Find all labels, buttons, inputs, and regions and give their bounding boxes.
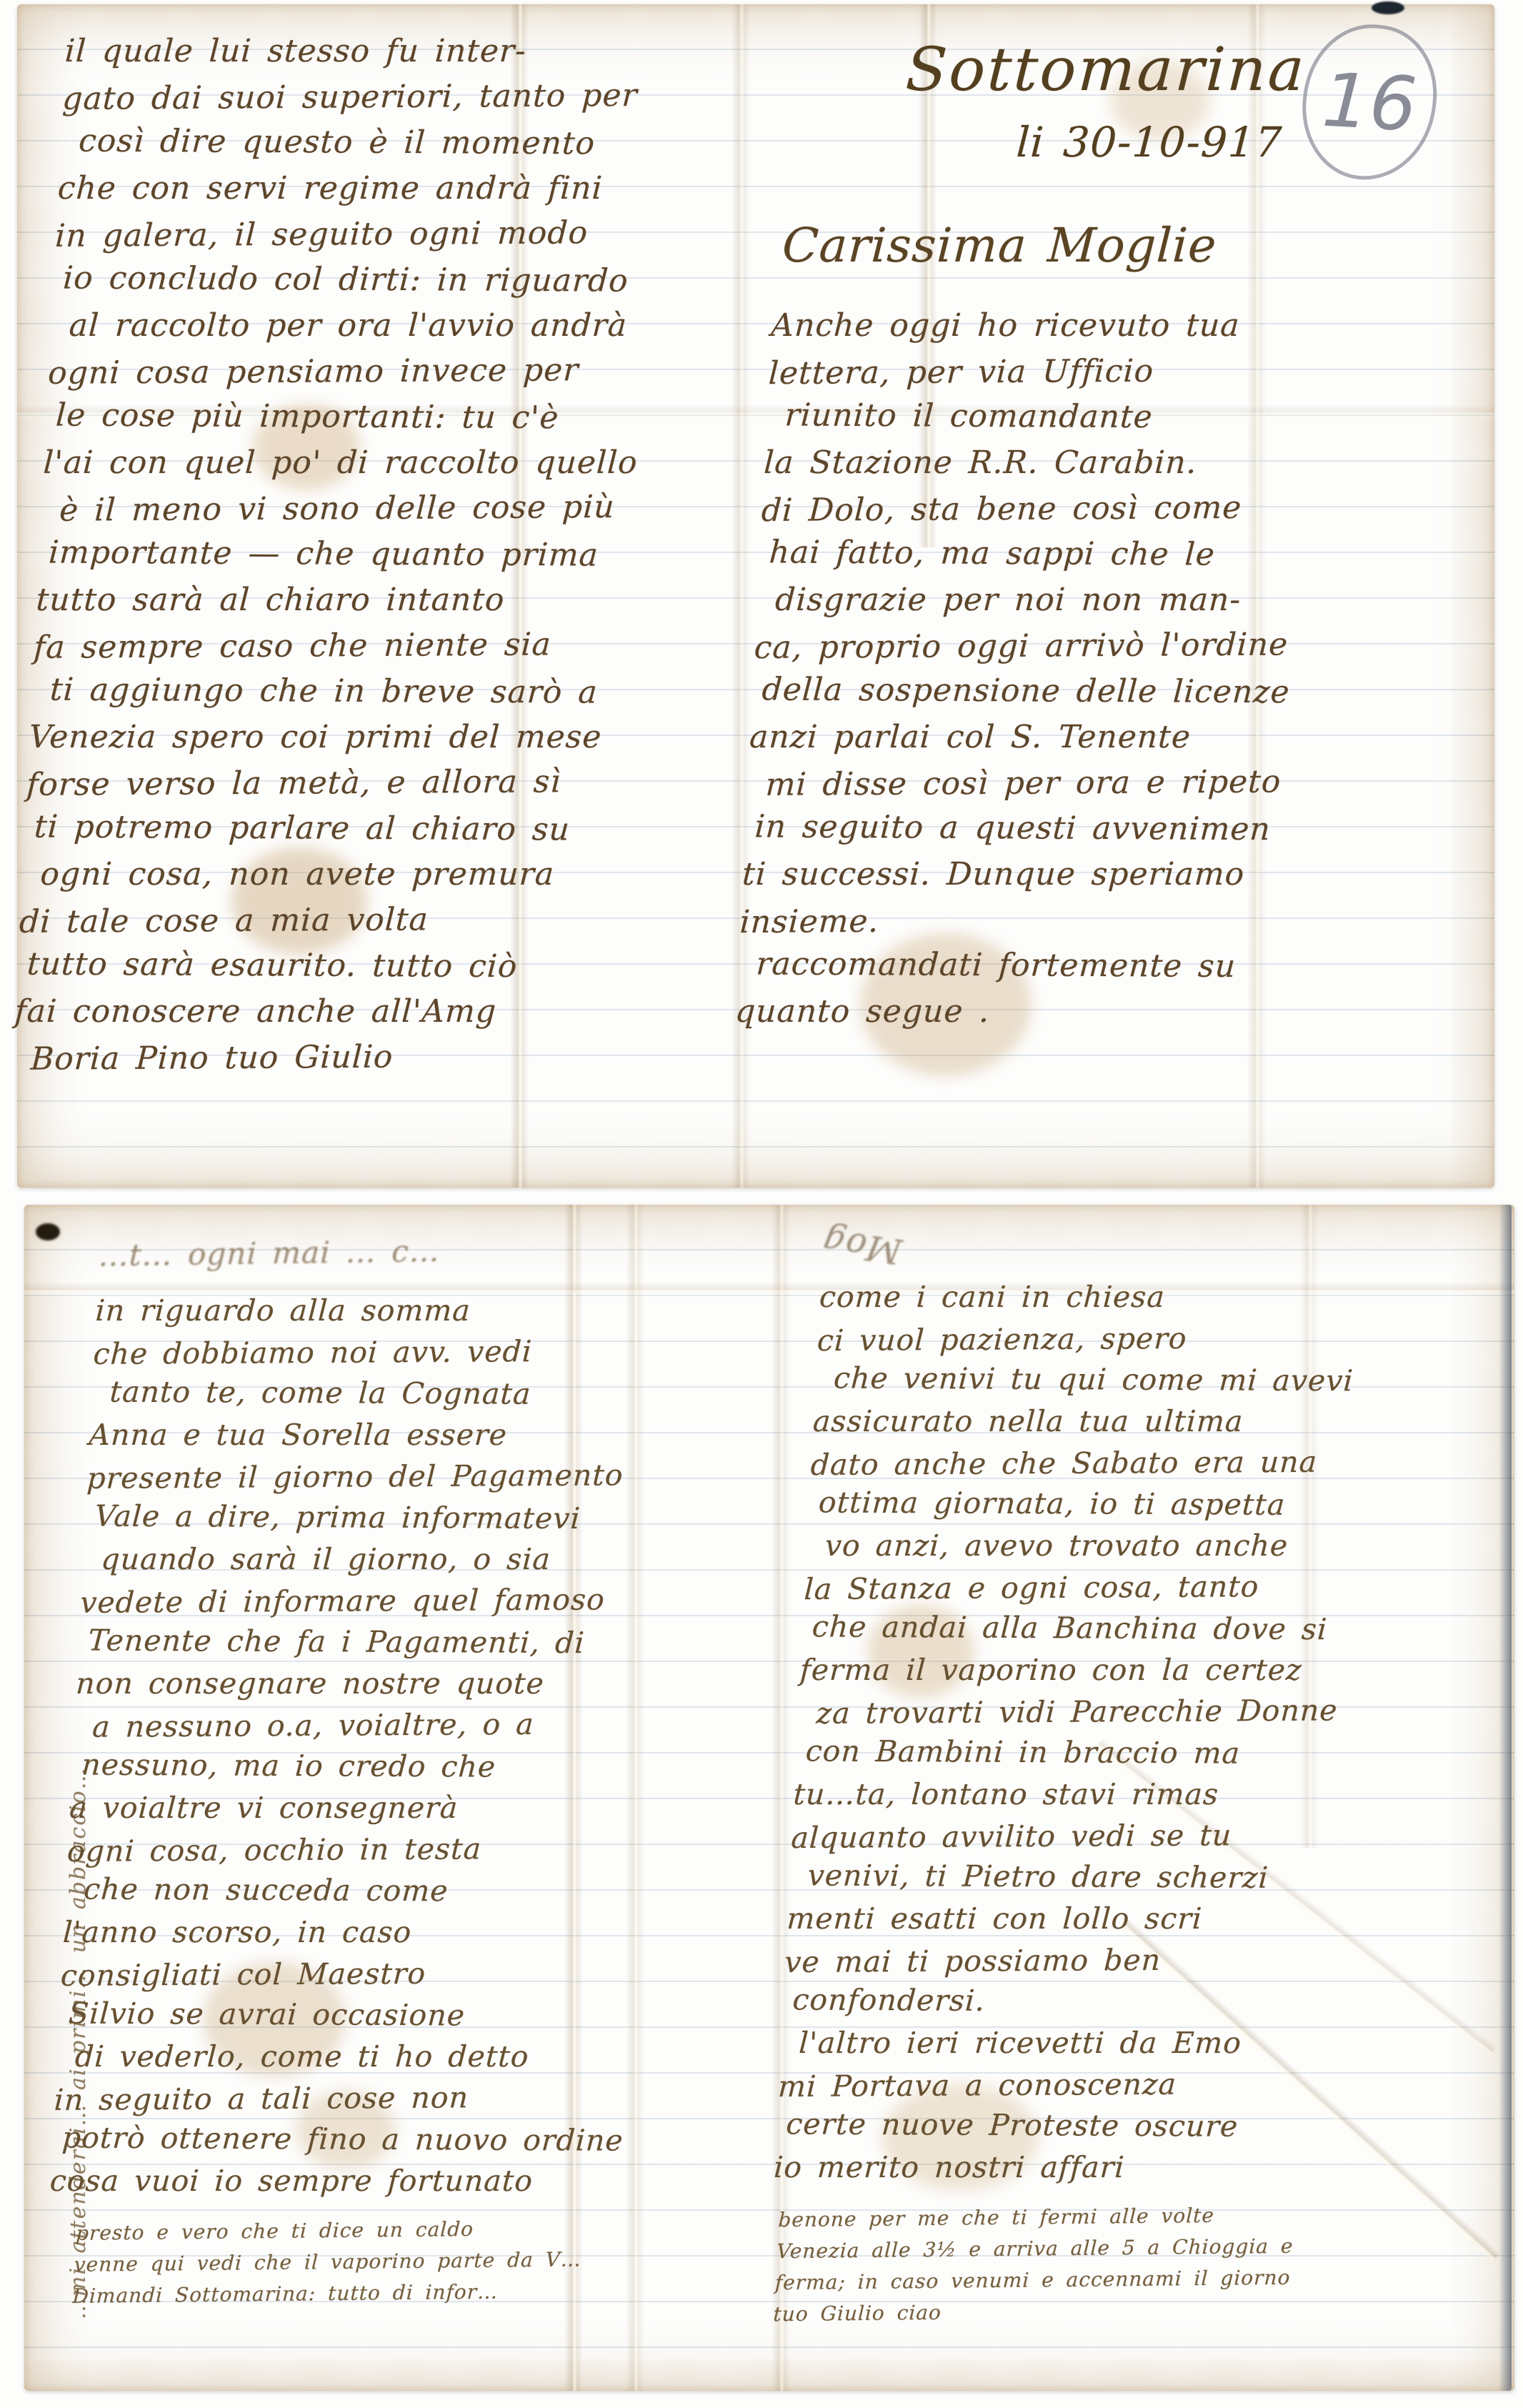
handwritten-paragraph: come i cani in chiesaci vuol pazienza, s… bbox=[773, 1276, 1523, 2188]
handwritten-line: tutto sarà al chiaro intanto bbox=[35, 577, 716, 623]
postscript-line: Dimandi Sottomarina: tutto di infor… bbox=[72, 2274, 731, 2312]
ghost-offset-line: …t… ogni mai … c… bbox=[98, 1228, 785, 1273]
handwritten-line: così dire questo è il momento bbox=[59, 119, 739, 168]
handwritten-line: Silvio se avrai occasione bbox=[58, 1992, 746, 2037]
handwritten-line: è il meno vi sono delle cose più bbox=[40, 484, 721, 534]
handwritten-paragraph: il quale lui stesso fu inter-gato dai su… bbox=[11, 29, 744, 1080]
handwritten-line: tutto sarà esaurito. tutto ciò bbox=[16, 942, 696, 991]
handwritten-line: in galera, il seguito ogni modo bbox=[54, 209, 735, 259]
letter-sheet-bottom: …mi attenderai… ai primi… un abbraccio… … bbox=[24, 1205, 1514, 2391]
letter-sheet-top: il quale lui stesso fu inter-gato dai su… bbox=[17, 4, 1494, 1188]
handwritten-line: in riguardo alla somma bbox=[94, 1290, 782, 1331]
handwritten-line: ottima giornata, io ti aspetta bbox=[807, 1481, 1523, 1526]
handwritten-line: venivi, ti Pietro dare scherzi bbox=[788, 1854, 1512, 1899]
handwritten-line: la Stazione R.R. Carabin. bbox=[763, 440, 1487, 486]
page-top-left: il quale lui stesso fu inter-gato dai su… bbox=[11, 29, 744, 1080]
handwritten-paragraph: Anche oggi ho ricevuto tualettera, per v… bbox=[734, 303, 1494, 1035]
page-number-text: 16 bbox=[1320, 56, 1419, 149]
handwritten-line: non consegnare nostre quote bbox=[75, 1663, 763, 1704]
handwritten-line: le cose più importanti: tu c'è bbox=[44, 393, 725, 442]
handwritten-line: in seguito a questi avvenimen bbox=[744, 804, 1467, 853]
handwritten-line: cosa vuoi io sempre fortunato bbox=[49, 2160, 736, 2201]
handwritten-line: di vederlo, come ti ho detto bbox=[56, 2036, 744, 2077]
handwritten-line: fa sempre caso che niente sia bbox=[33, 621, 714, 671]
handwritten-line: di tale cose a mia volta bbox=[19, 895, 699, 945]
handwritten-line: certe nuove Proteste oscure bbox=[775, 2103, 1499, 2148]
handwritten-line: ci vuol pazienza, spero bbox=[817, 1315, 1523, 1361]
postscript-paragraph: benone per me che ti fermi alle volteVen… bbox=[766, 2201, 1494, 2327]
handwritten-line: Venezia spero coi primi del mese bbox=[28, 715, 709, 760]
handwritten-line: in seguito a tali cose non bbox=[54, 2075, 741, 2121]
handwritten-line: tanto te, come la Cognata bbox=[90, 1370, 778, 1416]
handwritten-line: hai fatto, ma sappi che le bbox=[758, 529, 1482, 579]
handwritten-line: confondersi. bbox=[782, 1979, 1505, 2024]
handwritten-line: di Dolo, sta bene così come bbox=[760, 484, 1484, 534]
handwritten-line: io concludo col dirti: in riguardo bbox=[51, 256, 732, 305]
handwritten-line: ogni cosa, occhio in testa bbox=[66, 1826, 754, 1872]
page-bottom-left: …t… ogni mai … c… in riguardo alla somma… bbox=[44, 1233, 786, 2309]
handwritten-line: ogni cosa, non avete premura bbox=[21, 852, 701, 897]
salutation: Carissima Moglie bbox=[774, 217, 1498, 274]
handwritten-line: tu…ta, lontano stavi rimas bbox=[792, 1773, 1516, 1815]
handwritten-line: riunito il comandante bbox=[765, 392, 1489, 442]
handwritten-line: presente il giorno del Pagamento bbox=[86, 1453, 774, 1499]
handwritten-line: Anna e tua Sorella essere bbox=[88, 1414, 776, 1456]
page-top-right: Sottomarina li 30-10-917 Carissima Mogli… bbox=[734, 37, 1507, 1035]
postscript-line: tuo Giulio ciao bbox=[773, 2292, 1489, 2330]
handwritten-line: al raccolto per ora l'avvio andrà bbox=[49, 303, 730, 349]
handwritten-line: ti potremo parlare al chiaro su bbox=[23, 805, 704, 854]
handwritten-line: dato anche che Sabato era una bbox=[810, 1440, 1523, 1486]
handwritten-line: mi Portava a conoscenza bbox=[777, 2061, 1501, 2107]
handwritten-line: come i cani in chiesa bbox=[819, 1276, 1523, 1318]
ink-blot bbox=[36, 1223, 60, 1240]
handwritten-line: consigliati col Maestro bbox=[60, 1951, 748, 1996]
handwritten-line: a voialtre vi consegnerà bbox=[69, 1787, 756, 1829]
handwritten-line: forse verso la metà, e allora sì bbox=[26, 758, 706, 808]
handwritten-line: che con servi regime andrà fini bbox=[56, 166, 737, 212]
ink-blot bbox=[1372, 1, 1404, 14]
handwritten-line: che non succeda come bbox=[64, 1868, 752, 1913]
handwritten-line: che andai alla Banchina dove si bbox=[801, 1606, 1523, 1651]
handwritten-line: alquanto avvilito vedi se tu bbox=[790, 1813, 1514, 1859]
handwritten-line: mi disse così per ora e ripeto bbox=[746, 758, 1469, 808]
handwritten-line: fai conoscere anche all'Amg bbox=[14, 989, 694, 1035]
handwritten-line: ogni cosa pensiamo invece per bbox=[47, 347, 728, 397]
handwritten-line: l'altro ieri ricevetti da Emo bbox=[779, 2022, 1503, 2064]
handwritten-line: Anche oggi ho ricevuto tua bbox=[770, 303, 1494, 349]
handwritten-line: ferma il vaporino con la certez bbox=[799, 1649, 1522, 1691]
handwritten-line: a nessuno o.a, voialtre, o a bbox=[73, 1702, 761, 1748]
handwritten-line: insieme. bbox=[739, 895, 1462, 945]
ghost-offset-fragment: Mog bbox=[819, 1220, 905, 1271]
handwritten-line: l'anno scorso, in caso bbox=[62, 1911, 750, 1953]
handwritten-line: Boria Pino tuo Giulio bbox=[11, 1033, 691, 1083]
handwritten-line: assicurato nella tua ultima bbox=[812, 1400, 1523, 1442]
handwritten-line: gato dai suoi superiori, tanto per bbox=[61, 72, 742, 122]
handwritten-line: disgrazie per noi non man- bbox=[756, 577, 1479, 623]
handwritten-line: lettera, per via Ufficio bbox=[767, 347, 1491, 397]
handwritten-line: ve mai ti possiamo ben bbox=[784, 1937, 1507, 1983]
scanned-letter: il quale lui stesso fu inter-gato dai su… bbox=[0, 0, 1523, 2408]
handwritten-line: Vale a dire, prima informatevi bbox=[84, 1495, 772, 1540]
handwritten-paragraph: in riguardo alla sommache dobbiamo noi a… bbox=[49, 1290, 782, 2201]
handwritten-line: io merito nostri affari bbox=[773, 2146, 1497, 2188]
handwritten-line: Tenente che fa i Pagamenti, di bbox=[77, 1619, 765, 1664]
handwritten-line: la Stanza e ogni cosa, tanto bbox=[803, 1564, 1523, 1610]
handwritten-line: ca, proprio oggi arrivò l'ordine bbox=[753, 621, 1477, 671]
handwritten-line: importante — che quanto prima bbox=[37, 530, 718, 579]
handwritten-line: za trovarti vidi Parecchie Donne bbox=[797, 1688, 1520, 1734]
handwritten-line: nessuno, ma io credo che bbox=[71, 1743, 759, 1788]
handwritten-line: con Bambini in braccio ma bbox=[794, 1730, 1518, 1775]
handwritten-line: vedete di informare quel famoso bbox=[79, 1578, 767, 1623]
handwritten-line: potrò ottenere fino a nuovo ordine bbox=[51, 2116, 739, 2161]
handwritten-line: che dobbiamo noi avv. vedi bbox=[92, 1329, 780, 1375]
handwritten-line: che venivi tu qui come mi avevi bbox=[814, 1357, 1523, 1402]
handwritten-line: ti aggiungo che in breve sarò a bbox=[30, 667, 711, 717]
postscript-paragraph: presto e vero che ti dice un caldovenne … bbox=[44, 2214, 734, 2309]
handwritten-line: ti successi. Dunque speriamo bbox=[741, 852, 1464, 897]
handwritten-line: della sospensione delle licenze bbox=[751, 667, 1474, 716]
handwritten-line: quando sarà il giorno, o sia bbox=[81, 1538, 769, 1580]
handwritten-line: raccomandati fortemente su bbox=[736, 941, 1460, 990]
handwritten-line: il quale lui stesso fu inter- bbox=[64, 29, 744, 74]
page-bottom-right: Mog come i cani in chiesaci vuol pazienz… bbox=[766, 1226, 1523, 2327]
handwritten-line: menti esatti con lollo scri bbox=[786, 1898, 1509, 1939]
handwritten-line: quanto segue . bbox=[734, 989, 1457, 1035]
handwritten-line: anzi parlai col S. Tenente bbox=[749, 715, 1472, 760]
handwritten-line: vo anzi, avevo trovato anche bbox=[805, 1525, 1523, 1566]
handwritten-line: l'ai con quel po' di raccolto quello bbox=[42, 440, 723, 486]
